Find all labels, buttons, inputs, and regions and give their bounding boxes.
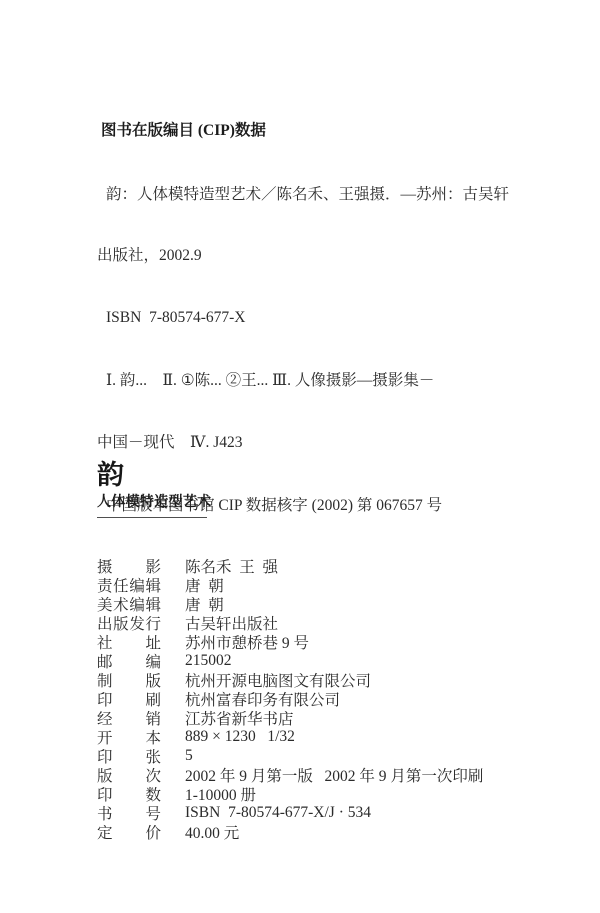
cip-line-title: 韵：人体模特造型艺术／陈名禾、王强摄．—苏州：古吴轩: [97, 185, 567, 206]
colophon-value: 苏州市憩桥巷 9 号: [185, 631, 309, 653]
colophon-block: 摄影 陈名禾 王 强 责任编辑 唐 朝 美术编辑 唐 朝 出版发行 古吴轩出版社…: [97, 556, 483, 841]
colophon-label: 定价: [97, 821, 161, 843]
colophon-row: 责任编辑 唐 朝: [97, 575, 483, 594]
colophon-row: 出版发行 古吴轩出版社: [97, 613, 483, 632]
colophon-row: 开本 889 × 1230 1/32: [97, 727, 483, 746]
cip-line-isbn: ISBN 7-80574-677-X: [97, 308, 567, 329]
colophon-value: 40.00 元: [185, 821, 239, 843]
colophon-value: ISBN 7-80574-677-X/J · 534: [185, 804, 371, 822]
colophon-row: 邮编 215002: [97, 651, 483, 670]
colophon-value: 江苏省新华书店: [185, 707, 294, 729]
colophon-row: 美术编辑 唐 朝: [97, 594, 483, 613]
colophon-row: 印刷 杭州富春印务有限公司: [97, 689, 483, 708]
colophon-row: 制版 杭州开源电脑图文有限公司: [97, 670, 483, 689]
colophon-row: 书号 ISBN 7-80574-677-X/J · 534: [97, 803, 483, 822]
title-block: 韵 人体模特造型艺术: [97, 459, 211, 518]
colophon-row: 印数 1-10000 册: [97, 784, 483, 803]
colophon-row: 摄影 陈名禾 王 强: [97, 556, 483, 575]
colophon-value: 1-10000 册: [185, 783, 256, 805]
colophon-value: 889 × 1230 1/32: [185, 728, 295, 746]
cip-line-publisher: 出版社，2002.9: [97, 246, 567, 267]
book-copyright-page: 图书在版编目 (CIP)数据 韵：人体模特造型艺术／陈名禾、王强摄．—苏州：古吴…: [0, 0, 600, 913]
colophon-row: 印张 5: [97, 746, 483, 765]
cip-heading: 图书在版编目 (CIP)数据: [101, 121, 567, 142]
book-title: 韵: [97, 459, 211, 491]
colophon-row: 社址 苏州市憩桥巷 9 号: [97, 632, 483, 651]
colophon-row: 经销 江苏省新华书店: [97, 708, 483, 727]
cip-line-classification-2: 中国－现代 Ⅳ. J423: [97, 433, 567, 454]
colophon-row: 定价 40.00 元: [97, 822, 483, 841]
book-subtitle: 人体模特造型艺术: [97, 494, 211, 512]
subtitle-underline: [97, 517, 207, 518]
colophon-value: 215002: [185, 652, 232, 670]
colophon-row: 版次 2002 年 9 月第一版 2002 年 9 月第一次印刷: [97, 765, 483, 784]
cip-line-classification-1: Ⅰ. 韵... Ⅱ. ①陈... ②王... Ⅲ. 人像摄影—摄影集－: [97, 371, 567, 392]
colophon-value: 5: [185, 747, 193, 765]
